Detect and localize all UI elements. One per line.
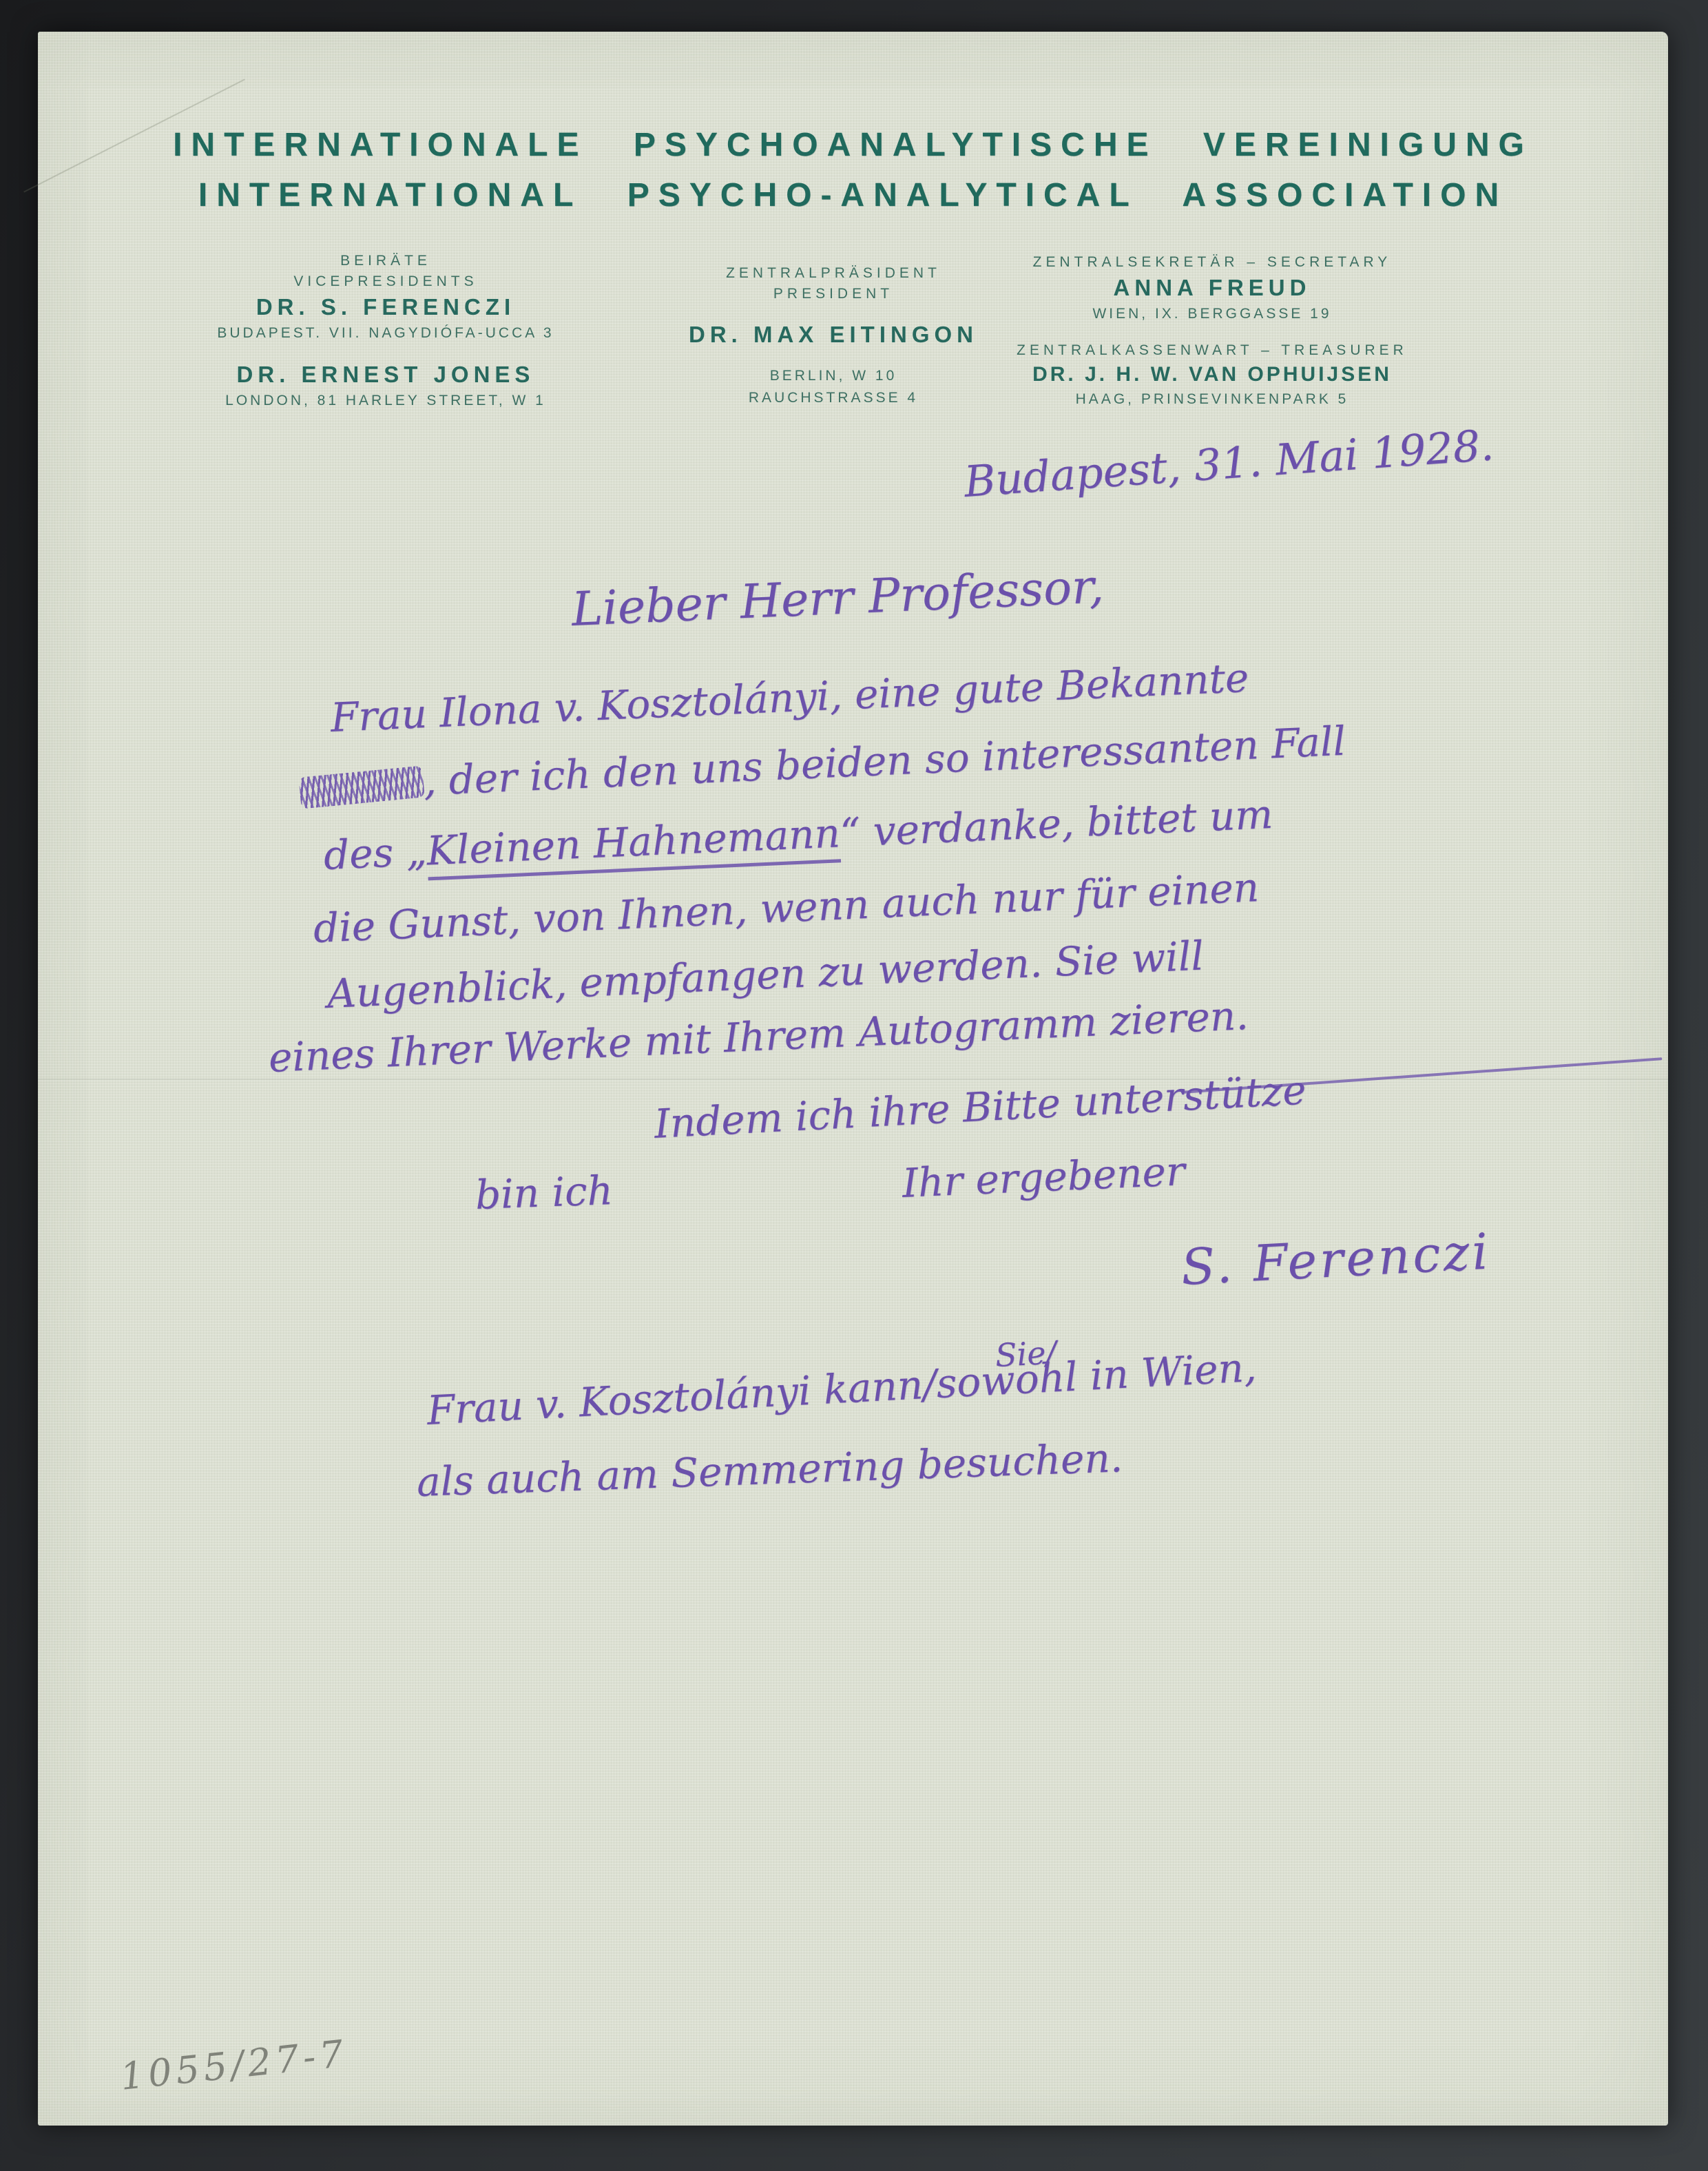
officer-address-van-ophuijsen: HAAG, PRINSEVINKENPARK 5 (964, 388, 1460, 411)
officer-name-van-ophuijsen: DR. J. H. W. VAN OPHUIJSEN (964, 361, 1460, 388)
salutation: Lieber Herr Professor, (570, 559, 1105, 637)
crossed-out-word (298, 766, 425, 809)
letterhead-column-vicepresidents: BEIRÄTE VICEPRESIDENTS DR. S. FERENCZI B… (83, 251, 689, 412)
column-spacer (964, 325, 1460, 340)
officer-address-jones: LONDON, 81 HARLEY STREET, W 1 (83, 390, 689, 412)
body-line-3-post: “ verdanke, bittet um (839, 791, 1273, 856)
letterhead-title-german: INTERNATIONALE PSYCHOANALYTISCHE VEREINI… (38, 126, 1668, 164)
role-treasurer: ZENTRALKASSENWART – TREASURER (964, 340, 1460, 361)
role-secretary: ZENTRALSEKRETÄR – SECRETARY (964, 252, 1460, 273)
underlined-phrase: Kleinen Hahnemann (426, 809, 841, 880)
role-vicepresidents: VICEPRESIDENTS (83, 271, 689, 292)
archive-number: 1055/27-7 (118, 2032, 350, 2099)
date-line: Budapest, 31. Mai 1928. (962, 419, 1495, 507)
closing-line-2a: bin ich (475, 1167, 614, 1218)
body-line-3-pre: des „ (323, 828, 428, 879)
officer-name-ferenczi: DR. S. FERENCZI (83, 292, 689, 322)
body-line-3: des „Kleinen Hahnemann“ verdanke, bittet… (323, 791, 1274, 879)
officer-address-anna-freud: WIEN, IX. BERGGASSE 19 (964, 303, 1460, 325)
letter-page: INTERNATIONALE PSYCHOANALYTISCHE VEREINI… (38, 32, 1668, 2126)
role-beirate: BEIRÄTE (83, 251, 689, 271)
closing-line-2b: Ihr ergebener (902, 1147, 1186, 1207)
signature: S. Ferenczi (1180, 1223, 1492, 1296)
column-spacer (83, 344, 689, 360)
postscript-line-2: als auch am Semmering besuchen. (416, 1434, 1123, 1506)
officer-name-jones: DR. ERNEST JONES (83, 360, 689, 390)
officer-address-ferenczi: BUDAPEST. VII. NAGYDIÓFA-UCCA 3 (83, 322, 689, 344)
letterhead-column-secretary-treasurer: ZENTRALSEKRETÄR – SECRETARY ANNA FREUD W… (964, 252, 1460, 411)
letterhead-title-english: INTERNATIONAL PSYCHO-ANALYTICAL ASSOCIAT… (38, 176, 1668, 214)
officer-name-anna-freud: ANNA FREUD (964, 273, 1460, 303)
postscript-line-1: Frau v. Kosztolányi kann/sowohl in Wien, (426, 1344, 1258, 1434)
